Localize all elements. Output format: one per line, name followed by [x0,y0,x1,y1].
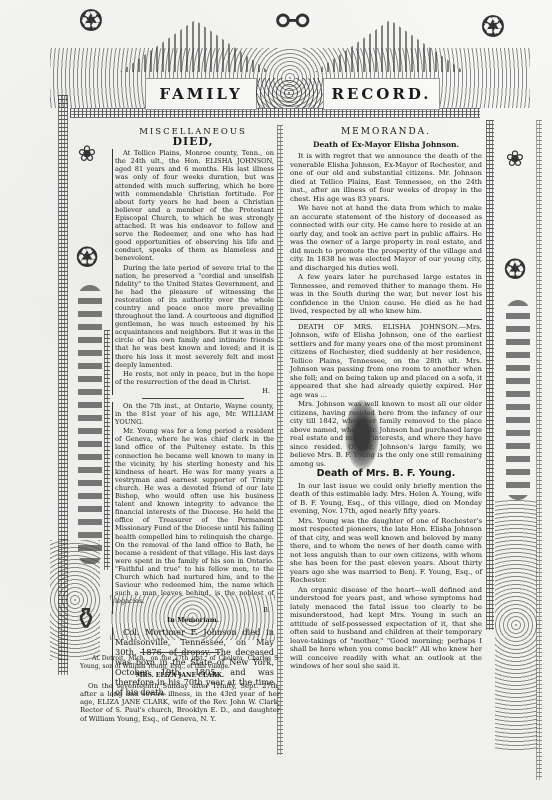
william-young-obituary: On the 7th inst., at Ontario, Wayne coun… [112,402,274,614]
finial-ornament-left: ♼ [76,2,106,42]
article-paragraph: DEATH OF MRS. ELISHA JOHNSON.—Mrs. Johns… [290,323,482,400]
right-coil-column [506,300,530,500]
clipping-divider [140,652,220,653]
obituary-paragraph: On the 7th inst., at Ontario, Wayne coun… [115,402,274,426]
title-record: RECORD. [323,78,440,110]
in-memoriam-heading: In Memoriam. [112,616,274,624]
memoranda-heading: MEMORANDA. [290,128,482,137]
elisha-johnson-obituary: At Tellico Plains, Monroe county, Tenn.,… [112,149,274,395]
urn-ornament-top: ⚯ [276,2,306,42]
article-paragraph: We have not at hand the data from which … [290,204,482,272]
right-flower-ornament: ❀ [500,140,530,180]
scrapbook-page: ⚯ ♼ ♼ FAMILY RECORD. ❀ ♼ ⚱ ❀ ♼ MISCELLAN… [0,0,552,800]
obituary-paragraph: Mr. Young was for a long period a reside… [115,427,274,605]
title-family: FAMILY [145,78,257,110]
exmayor-obituary: It is with regret that we announce the d… [290,152,482,316]
left-column: MISCELLANEOUS DIED, At Tellico Plains, M… [112,128,274,698]
clipping-divider [142,398,244,399]
left-inner-border [104,330,110,570]
left-vase-ornament: ⚱ [68,600,104,640]
obituary-paragraph: At Tellico Plains, Monroe county, Tenn.,… [115,149,274,262]
obituary-signature: H. [115,387,270,395]
right-inner-border [486,120,494,630]
obituary-paragraph: He rests, not only in peace, but in the … [115,370,274,386]
clark-obituary-text: On the seventeenth Sunday after Trinity,… [80,682,280,723]
article-lead: DEATH OF MRS. ELISHA JOHNSON. [298,323,459,331]
finial-ornament-right: ♼ [478,8,508,48]
article-paragraph: Mrs. Johnson was well known to most all … [290,400,482,468]
obituary-paragraph: During the late period of severe trial t… [115,264,274,369]
article-paragraph: An organic disease of the heart—well def… [290,586,482,671]
article-paragraph: It is with regret that we announce the d… [290,152,482,203]
left-coil-column [78,285,102,565]
right-lower-lace [495,500,537,750]
title-center-ornament [256,78,322,108]
exmayor-headline: Death of Ex-Mayor Elisha Johnson. [290,141,482,150]
young-headline: Death of Mrs. B. F. Young. [290,470,482,479]
ink-stain [345,400,379,470]
right-candle-ornament: ♼ [500,250,530,290]
left-flower-ornament: ❀ [72,135,102,175]
article-paragraph: Mrs. Young was the daughter of one of Ro… [290,517,482,585]
died-heading: DIED, [112,138,274,146]
left-candle-ornament: ♼ [72,238,102,278]
clipping-divider [290,319,482,320]
article-paragraph: In our last issue we could only briefly … [290,482,482,516]
article-lead-continuation: —Mrs. Johnson, wife of Elisha Johnson, o… [290,323,482,399]
young-obituary: In our last issue we could only briefly … [290,482,482,671]
clark-obituary-heading: MRS. ELIZA JANE CLARK. [80,672,280,680]
article-paragraph: A few years later he purchased large est… [290,273,482,316]
mrs-johnson-obituary: DEATH OF MRS. ELISHA JOHNSON.—Mrs. Johns… [290,323,482,469]
right-column: MEMORANDA. Death of Ex-Mayor Elisha John… [290,128,482,672]
left-bottom-clippings: At Detroit, Mich., on the 27th inst., of… [80,652,280,724]
obituary-signature: B. [115,606,270,614]
cholera-notice: At Detroit, Mich., on the 27th inst., of… [80,655,280,670]
